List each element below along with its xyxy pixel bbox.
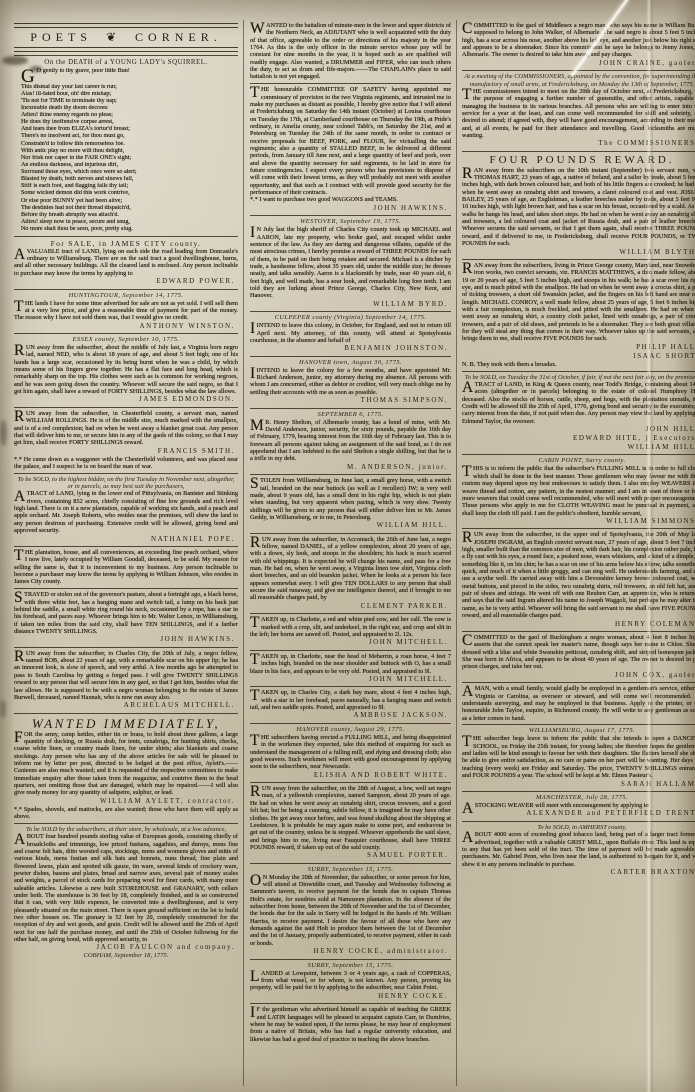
poem-line: Constrain'd to follow this remorseless f… <box>14 141 238 148</box>
ad-dateline: SURRY, September 15, 1775. <box>250 866 451 874</box>
ad-heading: FOUR POUNDS REWARD. <box>462 154 695 167</box>
drop-cap: O <box>250 874 263 888</box>
ad-signature: JOHN COX, gaoler. <box>462 671 695 680</box>
ad-taken-cow: TAKEN up, in Charlotte, a red and white … <box>250 613 451 647</box>
drop-cap: T <box>250 616 261 630</box>
advert-divider-rule <box>462 791 695 792</box>
drop-cap: R <box>250 785 262 799</box>
ad-signature: NATHANIEL POPE. <box>14 535 238 544</box>
ad-signature: PHILIP HALL, <box>462 343 695 352</box>
drop-cap: A <box>462 802 475 816</box>
column-divider-rule <box>456 20 457 1086</box>
drop-cap: I <box>250 367 257 381</box>
advert-divider-rule <box>14 289 238 290</box>
ad-body-text: A TRACT of LAND, lying in the lower end … <box>14 490 238 534</box>
drop-cap: T <box>462 465 473 479</box>
ad-body-text: A TRACT of LAND, in King & Queen county,… <box>462 381 695 425</box>
column-divider-rule <box>243 20 244 1086</box>
ad-body-text: THE plantation, house, and all convenien… <box>14 549 238 586</box>
advert-divider-rule <box>14 588 238 589</box>
ad-signature: JOHN HAWKINS. <box>250 204 451 213</box>
drop-cap: S <box>250 477 260 491</box>
drop-cap: A <box>14 248 27 262</box>
advert-divider-rule <box>14 823 238 824</box>
poem-line: Alas! ill-fated hour, oh! dire mishap; <box>14 91 238 98</box>
ad-body-text: GO gently to thy grave, poor little Bun! <box>14 68 238 84</box>
advert-divider-rule <box>250 356 451 357</box>
drop-cap: I <box>250 322 257 336</box>
ad-signature: ALEXANDER and PETERFIELD TRENT. <box>462 809 695 818</box>
ad-body-text: THE subscriber begs leave to inform the … <box>462 735 695 779</box>
ad-body-text: THE subscribers having erected a FULLING… <box>250 734 451 771</box>
ad-runaway-sampson: RUN away from the subscriber, on the 28t… <box>250 782 451 860</box>
poem-line: No more shalt thou be seen, poor, pretty… <box>14 226 238 233</box>
ad-greek-latin: IF the gentleman who advertised himself … <box>250 1003 451 1043</box>
drop-cap: M <box>250 419 265 433</box>
ad-signature: JOHN MITCHELL. <box>250 638 451 647</box>
ad-cocke-bonds: SURRY, September 15, 1775.ON Monday the … <box>250 863 451 956</box>
ad-gunsmith-commissioners: At a meeting of the COMMISSIONERS, appoi… <box>462 70 695 148</box>
ad-signature: JACOB FAULCON and company. <box>14 943 238 952</box>
ad-committed-buckingham: COMMITTED to the gaol of Buckingham a ne… <box>462 631 695 680</box>
drop-cap: C <box>462 634 474 648</box>
advert-divider-rule <box>250 533 451 534</box>
ad-body-text: COMMITTED to the gaol of Middlesex a neg… <box>462 22 695 59</box>
masthead-rule-top <box>14 23 238 28</box>
ink-smudge <box>0 420 7 446</box>
newspaper-column-3: COMMITTED to the gaol of Middlesex a neg… <box>462 22 695 1088</box>
ad-signature: FRANCIS SMITH. <box>14 447 238 456</box>
ad-signature: SAMUEL PORTER. <box>250 851 451 860</box>
drop-cap: R <box>14 650 26 664</box>
drop-cap: R <box>250 536 262 550</box>
ad-body-text: A STOCKING WEAVER will meet with encoura… <box>462 802 695 809</box>
drop-cap: T <box>462 735 473 749</box>
ad-body-text: A VALUABLE tract of LAND, lying on each … <box>14 248 238 277</box>
drop-cap: T <box>250 653 261 667</box>
ad-body-text: COMMITTED to the gaol of Buckingham a ne… <box>462 634 695 671</box>
ad-signature: ANTHONY WINSTON. <box>14 322 238 331</box>
ad-wanted-immediately: WANTED IMMEDIATELY,FOR the army, camp ke… <box>14 713 238 821</box>
ad-body-text: LANDED at Lowpoint, between 3 or 4 years… <box>250 970 451 992</box>
drop-cap: C <box>462 22 474 36</box>
ad-faulcon-store: To be SOLD by the subscribers, at their … <box>14 823 238 961</box>
advert-divider-rule <box>250 311 451 312</box>
ad-signature: JOHN HILL, <box>462 425 695 434</box>
poem-line: Or else poor BUNNY yet had been alive; <box>14 198 238 205</box>
ad-dateline: ESSEX county, September 10, 1775. <box>14 336 238 344</box>
ink-smudge <box>0 700 6 718</box>
ad-copperas: SURRY, September 15, 1775.LANDED at Lowp… <box>250 959 451 1001</box>
drop-cap: G <box>21 68 37 84</box>
drop-cap: T <box>250 734 261 748</box>
ad-signature: The COMMISSIONERS. <box>462 139 695 148</box>
ad-signature: EDWARD HITE, } Executors. <box>462 434 695 443</box>
poem-line: Blasted by death, both nerves and sinews… <box>14 176 238 183</box>
poem-line: Nor frisk nor caper in the FAIR ONE's si… <box>14 155 238 162</box>
ad-signature: ISAAC SHORT. <box>462 352 695 361</box>
ad-amherst-land: To be SOLD, in AMHERST county,ABOUT 4000… <box>462 821 695 877</box>
drop-cap: L <box>250 970 261 984</box>
ad-cabin-point-mill: CABIN POINT, Surry county.THIS is to inf… <box>462 454 695 525</box>
newspaper-column-1: POETS ❦ CORNER. On the DEATH of a YOUNG … <box>14 22 238 1088</box>
ad-signature: HENRY COCKE. <box>250 992 451 1001</box>
ad-signature: HENRY COLEMAN. <box>462 620 695 629</box>
ad-body-text: THE commissioners intend to meet on the … <box>462 88 695 139</box>
ad-runaway-ned: ESSEX county, September 10, 1775.RUN awa… <box>14 333 238 404</box>
ad-body-text: RUN away from the subscriber, in Charles… <box>14 650 238 701</box>
advert-divider-rule <box>462 821 695 822</box>
advert-divider-rule <box>14 546 238 547</box>
advert-divider-rule <box>462 371 695 372</box>
poets-corner-masthead: POETS ❦ CORNER. <box>14 23 238 52</box>
ad-dateline: HANOVER town, August 30, 1775. <box>250 359 451 367</box>
ad-body-text: RAN away from the subscribers on the 10t… <box>462 167 695 248</box>
poem-line: He does thy inoffensive corpse arrest, <box>14 119 238 126</box>
poem-line: Stiff is each foot, and flagging falls t… <box>14 183 238 190</box>
advert-divider-rule <box>14 333 238 334</box>
ad-signature: JOHN HAWKINS. <box>14 635 238 644</box>
drop-cap: R <box>14 344 26 358</box>
poem-line: Inexorable death thy doom decrees: <box>14 105 238 112</box>
poem-line: And tears thee from ELIZA's tortur'd bre… <box>14 126 238 133</box>
poem-line: 'Tis not for TIME to terminate thy nap; <box>14 98 238 105</box>
ad-body-text: A MAN, with a small family, would gladly… <box>462 685 695 722</box>
newspaper-page: POETS ❦ CORNER. On the DEATH of a YOUNG … <box>0 0 695 1092</box>
drop-cap: T <box>14 300 25 314</box>
advert-divider-rule <box>250 83 451 84</box>
ad-dateline: SEPTEMBER 6, 1775. <box>250 411 451 419</box>
ad-land-pittsylvania: To be SOLD, to the highest bidder, on th… <box>14 473 238 544</box>
ad-signature: ELISHA AND ROBERT WHITE. <box>250 771 451 780</box>
ad-body-text: RUN away from the subscriber, on the 28t… <box>250 785 451 851</box>
drop-cap: A <box>462 381 475 395</box>
advert-divider-rule <box>462 724 695 725</box>
advert-divider-rule <box>14 473 238 474</box>
drop-cap: W <box>250 22 266 36</box>
ad-body-text: I INTEND to leave this colony, in Octobe… <box>250 322 451 344</box>
ad-simpson-leave: HANOVER town, August 30, 1775.I INTEND t… <box>250 356 451 405</box>
ad-note: *.* I want to purchase two good WAGGONS … <box>250 196 451 203</box>
ad-signature: WILLIAM HILL. <box>462 443 695 452</box>
fleuron-ornament-icon: ❦ <box>106 30 121 44</box>
drop-cap: R <box>14 410 26 424</box>
advert-divider-rule <box>462 682 695 683</box>
ad-committed-middlesex: COMMITTED to the gaol of Middlesex a neg… <box>462 22 695 68</box>
ad-body-text: I INTEND to leave the colony for a few m… <box>250 367 451 396</box>
ad-body-text: TAKEN up, in Charles City, a dark bay ma… <box>250 689 451 711</box>
advert-divider-rule <box>14 713 238 714</box>
ad-runaway-bob: RUN away from the subscriber, in Charles… <box>14 647 238 710</box>
ad-body-text: THIS is to inform the public that the su… <box>462 465 695 516</box>
ad-body-text: MR. Henry Shelton, of Albemarle county, … <box>250 419 451 463</box>
ad-signature: WILLIAM BYRD. <box>250 300 451 309</box>
ad-body-text: TAKEN up, in Charlotte, a red and white … <box>250 616 451 638</box>
drop-cap: T <box>462 88 473 102</box>
advert-divider-rule <box>462 70 695 71</box>
ad-taken-roan-horse: TAKEN up, in Charlotte, near the head of… <box>250 650 451 684</box>
poem-line: There's no insolvent act, for thou must … <box>14 133 238 140</box>
advert-divider-rule <box>250 686 451 687</box>
drop-cap: A <box>14 490 27 504</box>
ad-todds-bridge-land: To be SOLD, on Tuesday the 31st of Octob… <box>462 371 695 452</box>
advert-divider-rule <box>250 474 451 475</box>
ad-note: *.* He came down as a waggoner with the … <box>14 456 238 471</box>
ad-johnston-leave: CULPEPER county (Virginia) September 14,… <box>250 311 451 353</box>
ad-stocking-weaver: MANCHESTER, July 28, 1775.A STOCKING WEA… <box>462 791 695 818</box>
poem-line: Surround those eyes, which once were so … <box>14 169 238 176</box>
advert-divider-rule <box>14 647 238 648</box>
ad-body-text: ON Monday the 20th of November, the subs… <box>250 874 451 947</box>
ad-signature: WILLIAM BLYTH. <box>462 248 695 257</box>
advert-divider-rule <box>250 408 451 409</box>
advert-divider-rule <box>462 259 695 260</box>
ad-body-text: FOR the army, camp kettles, either tin o… <box>14 731 238 797</box>
ad-signature: JOHN CRAINE, gaoler. <box>462 59 695 68</box>
advert-divider-rule <box>14 407 238 408</box>
ad-runaway-rollings: RUN away from the subscriber, in Chester… <box>14 407 238 470</box>
ad-signature: WILLIAM HILL. <box>250 521 451 530</box>
drop-cap: A <box>14 833 27 847</box>
ad-body-text: RUN away from the subscriber, in Accomac… <box>250 536 451 602</box>
ad-signature: HENRY COCKE, administrator. <box>250 947 451 956</box>
drop-cap: I <box>250 1006 257 1020</box>
ad-runaway-ingram: RUN away from the subscriber, in the upp… <box>462 528 695 628</box>
poem-line: This dismal day your last career is run; <box>14 84 238 91</box>
poem-line: Some wicked demon did this work contrive… <box>14 190 238 197</box>
ad-anderson-bond: SEPTEMBER 6, 1775.MR. Henry Shelton, of … <box>250 408 451 472</box>
ad-dateline: HUNTINGTOUR, September 14, 1775. <box>14 292 238 300</box>
drop-cap: R <box>462 262 474 276</box>
ad-man-small-family: A MAN, with a small family, would gladly… <box>462 682 695 722</box>
advert-divider-rule <box>250 650 451 651</box>
drop-cap: T <box>250 86 261 100</box>
ad-signature: WILLIAM SIMMONS. <box>462 517 695 526</box>
ad-dateline: SURRY, September 15, 1775. <box>250 962 451 970</box>
ad-commissary-hawkins: THE honourable COMMITTEE OF SAFETY havin… <box>250 83 451 213</box>
ad-body-text: IN July last the high sheriff of Charles… <box>250 226 451 299</box>
ad-dateline: MANCHESTER, July 28, 1775. <box>462 794 695 802</box>
ad-land-james-city: For SALE, in JAMES CITY county.A VALUABL… <box>14 236 238 286</box>
drop-cap: I <box>250 226 257 240</box>
advert-divider-rule <box>250 782 451 783</box>
ad-dateline: CULPEPER county (Virginia) September 14,… <box>250 314 451 322</box>
advert-divider-rule <box>250 215 451 216</box>
ad-intro: To be SOLD, to the highest bidder, on th… <box>14 476 238 491</box>
ad-place-date-note: COBHAM, September 18, 1775. <box>14 952 238 961</box>
ad-taken-bay-mare: TAKEN up, in Charles City, a dark bay ma… <box>250 686 451 720</box>
ad-heading: WANTED IMMEDIATELY, <box>14 716 238 731</box>
ad-heading: For SALE, in JAMES CITY county. <box>14 239 238 248</box>
ad-signature: EDWARD POWER. <box>14 277 238 286</box>
ad-runaway-daniel: RUN away from the subscriber, in Accomac… <box>250 533 451 611</box>
ad-four-pounds-reward: FOUR POUNDS REWARD.RAN away from the sub… <box>462 151 695 257</box>
poem-line: An endless darkness, and injurious dirt, <box>14 162 238 169</box>
ad-intro: To be SOLD, on Tuesday the 31st of Octob… <box>462 374 695 381</box>
advert-divider-rule <box>250 723 451 724</box>
ad-body-text: TAKEN up, in Charlotte, near the head of… <box>250 653 451 675</box>
ad-signature: M. ANDERSON, junior. <box>250 463 451 472</box>
advert-divider-rule <box>462 454 695 455</box>
poem-line: Before thy breath abruptly was attach'd. <box>14 212 238 219</box>
poem-title: On the DEATH of a YOUNG LADY's SQUIRREL. <box>14 58 238 67</box>
ad-winston-lands: HUNTINGTOUR, September 14, 1775.THE land… <box>14 289 238 331</box>
ad-minute-men: WANTED to the battalion of minute-men in… <box>250 22 451 81</box>
ad-body-text: ABOUT four hundred pounds sterling value… <box>14 833 238 943</box>
ad-dancing-school: WILLIAMSBURG, August 17, 1775.THE subscr… <box>462 724 695 788</box>
ad-maryland-convicts: RAN away from the subscribers, living in… <box>462 259 695 368</box>
advert-divider-rule <box>462 151 695 152</box>
poets-corner-title: POETS ❦ CORNER. <box>14 29 238 46</box>
drop-cap: R <box>462 167 474 181</box>
ad-body-text: STRAYED or stolen out of the governor's … <box>14 591 238 635</box>
ad-dateline: HANOVER county, August 29, 1775. <box>250 726 451 734</box>
advert-divider-rule <box>14 55 238 56</box>
drop-cap: A <box>462 831 475 845</box>
masthead-rule-bottom <box>14 47 238 52</box>
ad-body-text: WANTED to the battalion of minute-men in… <box>250 22 451 81</box>
ad-note: N. B. They took with them a broadax. <box>462 361 695 368</box>
advert-divider-rule <box>250 863 451 864</box>
ad-signature: ARCHELAUS MITCHELL. <box>14 701 238 710</box>
ad-signature: CARTER BRAXTON. <box>462 868 695 877</box>
ad-body-text: RUN away from the subscriber, in Chester… <box>14 410 238 447</box>
poem-line: Adieu! sleep now in peace, secure and sn… <box>14 219 238 226</box>
ad-body-text: RAN away from the subscribers, living in… <box>462 262 695 343</box>
ad-intro: At a meeting of the COMMISSIONERS, appoi… <box>462 73 695 88</box>
poem-line: With antic play no more wilt thou deligh… <box>14 148 238 155</box>
advert-divider-rule <box>462 631 695 632</box>
poem-line: Adieu! thine enemy regards no pleas; <box>14 112 238 119</box>
ad-body-text: RUN away from the subscriber, in the upp… <box>462 531 695 619</box>
masthead-word-right: CORNER. <box>135 30 222 44</box>
ad-note: *.* Spades, shovels, and mattocks, are a… <box>14 806 238 821</box>
ad-strayed-horse: STRAYED or stolen out of the governor's … <box>14 588 238 644</box>
advert-divider-rule <box>250 1003 451 1004</box>
ad-signature: AMBROSE JACKSON. <box>250 711 451 720</box>
ad-fulling-mill-white: HANOVER county, August 29, 1775.THE subs… <box>250 723 451 780</box>
advert-divider-rule <box>250 613 451 614</box>
ad-body-text: STOLEN from Williamsburg, in June last, … <box>250 477 451 521</box>
ad-signature: SARAH HALLAM. <box>462 780 695 789</box>
ad-body-text: IF the gentleman who advertised himself … <box>250 1006 451 1043</box>
drop-cap: T <box>250 689 261 703</box>
ad-body-text: RUN away from the subscriber, about the … <box>14 344 238 395</box>
ad-signature: JAMES EDMONDSON. <box>14 395 238 404</box>
advert-divider-rule <box>250 959 451 960</box>
poem-squirrel: On the DEATH of a YOUNG LADY's SQUIRREL.… <box>14 55 238 234</box>
drop-cap: F <box>14 731 24 745</box>
ad-signature: JOHN MITCHELL. <box>250 675 451 684</box>
poem-line: The destinies had not their thread dispa… <box>14 205 238 212</box>
advert-divider-rule <box>14 236 238 237</box>
ad-signature: WILLIAM AYLETT, contractor. <box>14 797 238 806</box>
newspaper-column-2: WANTED to the battalion of minute-men in… <box>250 22 451 1088</box>
ad-body-text: THE lands I have for some time advertise… <box>14 300 238 322</box>
ad-stolen-grey-horse: STOLEN from Williamsburg, in June last, … <box>250 474 451 530</box>
masthead-word-left: POETS <box>30 30 92 44</box>
drop-cap: R <box>462 531 474 545</box>
advert-divider-rule <box>462 528 695 529</box>
drop-cap: T <box>14 549 25 563</box>
ad-signature: BENJAMIN JOHNSTON. <box>250 344 451 353</box>
ad-signature: CLEMENT PARKER. <box>250 602 451 611</box>
ad-body-text: ABOUT 4000 acres of exceeding good tobac… <box>462 831 695 868</box>
ad-signature: THOMAS SIMPSON. <box>250 396 451 405</box>
drop-cap: S <box>14 591 24 605</box>
drop-cap: A <box>462 685 475 699</box>
ad-plantation-goodall: THE plantation, house, and all convenien… <box>14 546 238 586</box>
ad-byrd-westover: WESTOVER, September 19, 1775.IN July las… <box>250 215 451 308</box>
ad-body-text: THE honourable COMMITTEE OF SAFETY havin… <box>250 86 451 196</box>
